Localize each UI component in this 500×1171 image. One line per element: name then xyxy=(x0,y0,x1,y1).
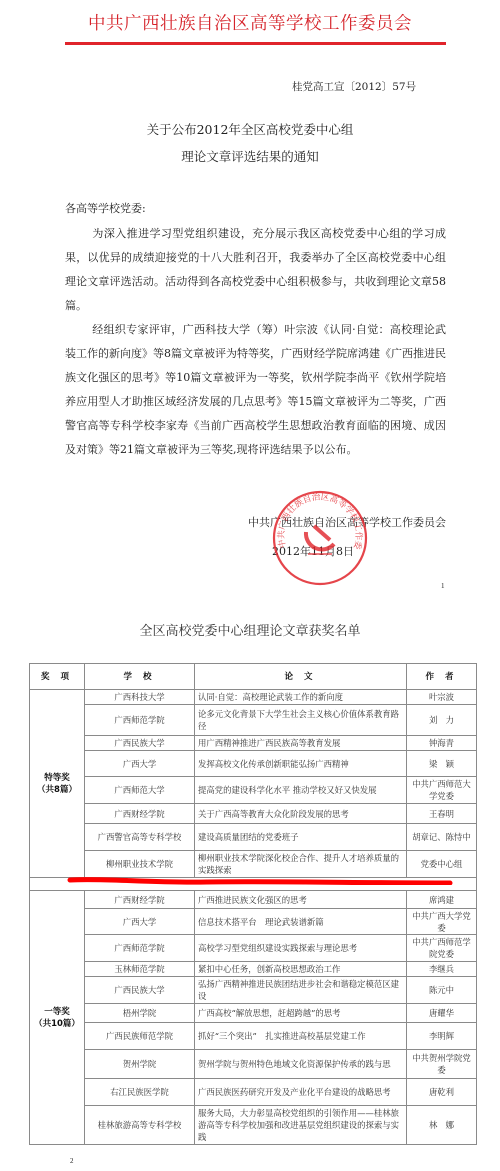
school-cell: 贺州学院 xyxy=(85,1050,195,1079)
paper-cell: 弘扬广西精神推进民族团结进步社会和谐稳定模范区建设 xyxy=(195,977,407,1004)
school-cell: 广西警官高等专科学校 xyxy=(85,824,195,851)
table-row: 广西民族大学 用广西精神推进广西民族高等教育发展 钟海青 xyxy=(30,736,477,751)
paper-cell: 柳州职业技术学院深化校企合作、提升人才培养质量的实践探索 xyxy=(195,851,407,878)
author-cell: 中共广西师范大学党委 xyxy=(407,777,477,804)
table-row: 广西大学 发挥高校文化传承创新职能弘扬广西精神 梁 颖 xyxy=(30,751,477,777)
awards-table: 奖 项 学 校 论 文 作 者 特等奖 （共8篇） 广西科技大学 认同·自觉：高… xyxy=(29,663,477,1145)
author-cell: 梁 颖 xyxy=(407,751,477,777)
school-cell: 广西大学 xyxy=(85,751,195,777)
paragraph-text: 为深入推进学习型党组织建设，充分展示我区高校党委中心组的学习成果，以优异的成绩迎… xyxy=(65,227,446,312)
official-seal-icon: 中共广西壮族自治区高等学校工作委员会 xyxy=(270,488,370,588)
paper-cell: 紧扣中心任务，创新高校思想政治工作 xyxy=(195,962,407,977)
body-paragraph-2: 经组织专家评审，广西科技大学（筹）叶宗波《认同·自觉：高校理论武装工作的新向度》… xyxy=(65,318,446,462)
letterhead-title: 中共广西壮族自治区高等学校工作委员会 xyxy=(65,10,435,35)
paper-cell: 信息技术搭平台 理论武装谱新篇 xyxy=(195,909,407,935)
author-cell: 叶宗波 xyxy=(407,690,477,705)
award-label: 一等奖 xyxy=(33,1006,81,1018)
author-cell: 林 娜 xyxy=(407,1106,477,1145)
author-cell: 陈元中 xyxy=(407,977,477,1004)
paper-cell: 高校学习型党组织建设实践探索与理论思考 xyxy=(195,935,407,962)
paper-cell: 论多元文化背景下大学生社会主义核心价值体系教育路径 xyxy=(195,705,407,736)
author-cell: 唐乾利 xyxy=(407,1079,477,1106)
author-cell: 席鸿建 xyxy=(407,891,477,909)
header-author: 作 者 xyxy=(407,664,477,690)
header-award: 奖 项 xyxy=(30,664,85,690)
table-row: 特等奖 （共8篇） 广西科技大学 认同·自觉：高校理论武装工作的新向度 叶宗波 xyxy=(30,690,477,705)
author-cell: 中共广西大学党委 xyxy=(407,909,477,935)
body-paragraph-1: 为深入推进学习型党组织建设，充分展示我区高校党委中心组的学习成果，以优异的成绩迎… xyxy=(65,222,446,318)
table-row: 广西大学 信息技术搭平台 理论武装谱新篇 中共广西大学党委 xyxy=(30,909,477,935)
author-cell: 中共广西师范学院党委 xyxy=(407,935,477,962)
school-cell: 广西大学 xyxy=(85,909,195,935)
author-cell: 中共贺州学院党委 xyxy=(407,1050,477,1079)
school-cell: 广西民族师范学院 xyxy=(85,1023,195,1050)
table-row: 玉林师范学院 紧扣中心任务，创新高校思想政治工作 李继兵 xyxy=(30,962,477,977)
award-label: 特等奖 xyxy=(33,772,81,784)
table-row: 一等奖 （共10篇） 广西财经学院 广西推进民族文化强区的思考 席鸿建 xyxy=(30,891,477,909)
paper-cell: 广西民族医药研究开发及产业化平台建设的战略思考 xyxy=(195,1079,407,1106)
school-cell: 右江民族医学院 xyxy=(85,1079,195,1106)
author-cell: 王春明 xyxy=(407,804,477,824)
svg-text:中共广西壮族自治区高等学校工作委员会: 中共广西壮族自治区高等学校工作委员会 xyxy=(270,488,365,551)
award-count: （共8篇） xyxy=(33,784,81,796)
notice-title-line-2: 理论文章评选结果的通知 xyxy=(100,147,400,165)
document-number: 桂党高工宣〔2012〕57号 xyxy=(292,79,416,94)
salutation: 各高等学校党委: xyxy=(65,200,146,216)
header-paper: 论 文 xyxy=(195,664,407,690)
table-row: 广西民族师范学院 抓好“三个突出” 扎实推进高校基层党建工作 李明辉 xyxy=(30,1023,477,1050)
page-number: 2 xyxy=(70,1157,74,1165)
paper-cell: 广西推进民族文化强区的思考 xyxy=(195,891,407,909)
award-count: （共10篇） xyxy=(33,1018,81,1030)
school-cell: 广西师范大学 xyxy=(85,777,195,804)
table-row: 右江民族医学院 广西民族医药研究开发及产业化平台建设的战略思考 唐乾利 xyxy=(30,1079,477,1106)
paper-cell: 提高党的建设科学化水平 推动学校又好又快发展 xyxy=(195,777,407,804)
school-cell: 广西师范学院 xyxy=(85,935,195,962)
table-row: 广西师范大学 提高党的建设科学化水平 推动学校又好又快发展 中共广西师范大学党委 xyxy=(30,777,477,804)
table-row: 贺州学院 贺州学院与贺州特色地域文化资源保护传承的践与思 中共贺州学院党委 xyxy=(30,1050,477,1079)
school-cell: 广西民族大学 xyxy=(85,736,195,751)
school-cell: 柳州职业技术学院 xyxy=(85,851,195,878)
paper-cell: 关于广西高等教育大众化阶段发展的思考 xyxy=(195,804,407,824)
paper-cell: 抓好“三个突出” 扎实推进高校基层党建工作 xyxy=(195,1023,407,1050)
table-row: 梧州学院 广西高校“解放思想，赶超跨越”的思考 唐耀华 xyxy=(30,1004,477,1023)
school-cell: 广西师范学院 xyxy=(85,705,195,736)
paper-cell: 广西高校“解放思想，赶超跨越”的思考 xyxy=(195,1004,407,1023)
paper-cell: 建设高质量团结的党委班子 xyxy=(195,824,407,851)
header-school: 学 校 xyxy=(85,664,195,690)
paper-cell: 贺州学院与贺州特色地域文化资源保护传承的践与思 xyxy=(195,1050,407,1079)
paper-cell: 发挥高校文化传承创新职能弘扬广西精神 xyxy=(195,751,407,777)
table-header-row: 奖 项 学 校 论 文 作 者 xyxy=(30,664,477,690)
author-cell: 党委中心组 xyxy=(407,851,477,878)
author-cell: 刘 力 xyxy=(407,705,477,736)
red-underline-annotation xyxy=(67,877,453,885)
award-cell-first: 一等奖 （共10篇） xyxy=(30,891,85,1145)
award-cell-special: 特等奖 （共8篇） xyxy=(30,690,85,878)
school-cell: 梧州学院 xyxy=(85,1004,195,1023)
author-cell: 胡章记、陈恃中 xyxy=(407,824,477,851)
table-row: 桂林旅游高等专科学校 服务大局，大力彰显高校党组织的引领作用——桂林旅游高等专科… xyxy=(30,1106,477,1145)
school-cell: 广西财经学院 xyxy=(85,804,195,824)
table-row: 广西财经学院 关于广西高等教育大众化阶段发展的思考 王春明 xyxy=(30,804,477,824)
page-number: 1 xyxy=(441,582,445,590)
school-cell: 广西科技大学 xyxy=(85,690,195,705)
table-row: 柳州职业技术学院 柳州职业技术学院深化校企合作、提升人才培养质量的实践探索 党委… xyxy=(30,851,477,878)
author-cell: 李明辉 xyxy=(407,1023,477,1050)
table-row: 广西师范学院 高校学习型党组织建设实践探索与理论思考 中共广西师范学院党委 xyxy=(30,935,477,962)
school-cell: 玉林师范学院 xyxy=(85,962,195,977)
school-cell: 广西民族大学 xyxy=(85,977,195,1004)
letterhead-divider xyxy=(65,42,446,45)
table-row: 广西师范学院 论多元文化背景下大学生社会主义核心价值体系教育路径 刘 力 xyxy=(30,705,477,736)
paragraph-text: 经组织专家评审，广西科技大学（筹）叶宗波《认同·自觉：高校理论武装工作的新向度》… xyxy=(65,323,446,456)
notice-title-line-1: 关于公布2012年全区高校党委中心组 xyxy=(100,120,400,138)
paper-cell: 认同·自觉：高校理论武装工作的新向度 xyxy=(195,690,407,705)
author-cell: 李继兵 xyxy=(407,962,477,977)
author-cell: 唐耀华 xyxy=(407,1004,477,1023)
paper-cell: 用广西精神推进广西民族高等教育发展 xyxy=(195,736,407,751)
paper-cell: 服务大局，大力彰显高校党组织的引领作用——桂林旅游高等专科学校加强和改进基层党组… xyxy=(195,1106,407,1145)
award-list-title: 全区高校党委中心组理论文章获奖名单 xyxy=(100,620,400,639)
school-cell: 桂林旅游高等专科学校 xyxy=(85,1106,195,1145)
author-cell: 钟海青 xyxy=(407,736,477,751)
table-row: 广西警官高等专科学校 建设高质量团结的党委班子 胡章记、陈恃中 xyxy=(30,824,477,851)
school-cell: 广西财经学院 xyxy=(85,891,195,909)
table-row: 广西民族大学 弘扬广西精神推进民族团结进步社会和谐稳定模范区建设 陈元中 xyxy=(30,977,477,1004)
